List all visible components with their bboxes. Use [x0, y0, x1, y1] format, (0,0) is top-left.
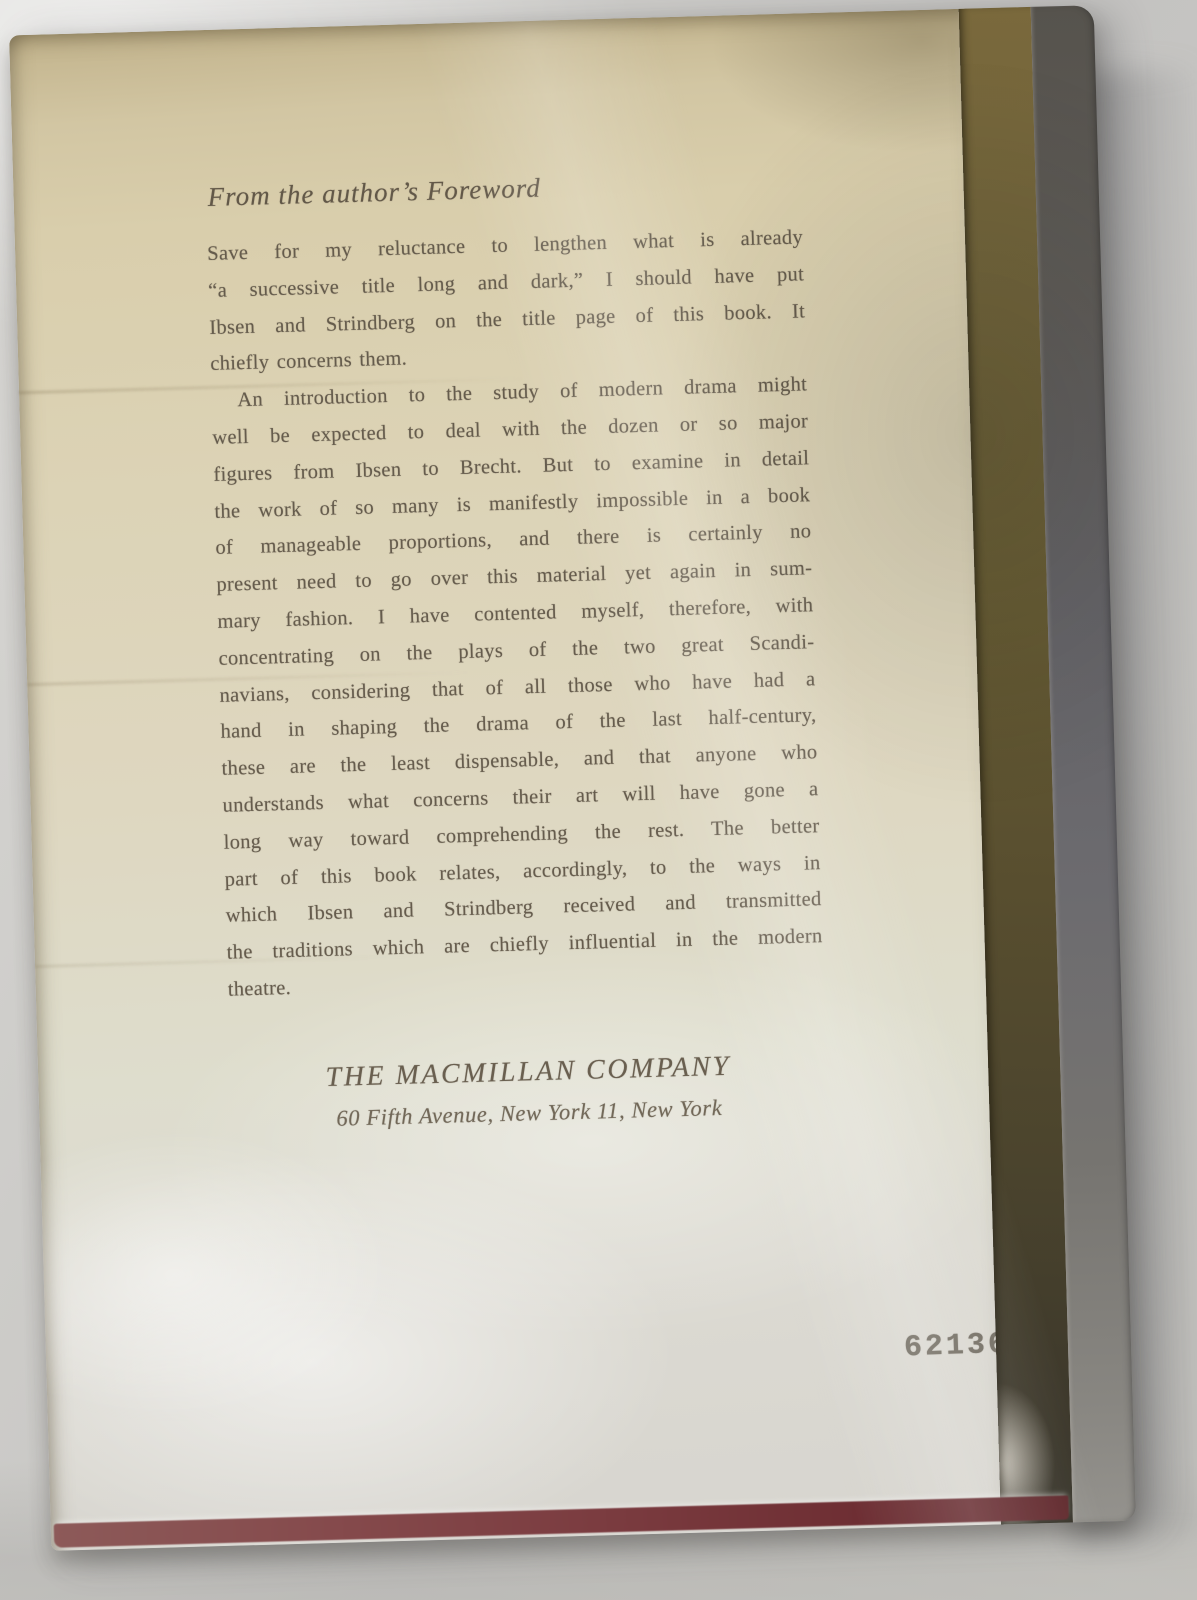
- dust-jacket-back-panel: From the author’s Foreword Save for my r…: [9, 9, 1001, 1551]
- inventory-stamp-number: 62136: [903, 1328, 1009, 1366]
- publisher-name: THE MACMILLAN COMPANY: [230, 1048, 827, 1097]
- photo-background: From the author’s Foreword Save for my r…: [0, 0, 1197, 1600]
- book: From the author’s Foreword Save for my r…: [9, 5, 1136, 1551]
- publisher-block: THE MACMILLAN COMPANY 60 Fifth Avenue, N…: [230, 1048, 828, 1135]
- foreword-paragraph-2: An introduction to the study of modern d…: [211, 366, 824, 1008]
- foreword-paragraph-1: Save for my reluctance to lengthen what …: [207, 219, 807, 383]
- publisher-address: 60 Fifth Avenue, New York 11, New York: [231, 1092, 827, 1135]
- jacket-printed-text: From the author’s Foreword Save for my r…: [205, 163, 827, 1134]
- foreword-heading: From the author’s Foreword: [207, 163, 802, 214]
